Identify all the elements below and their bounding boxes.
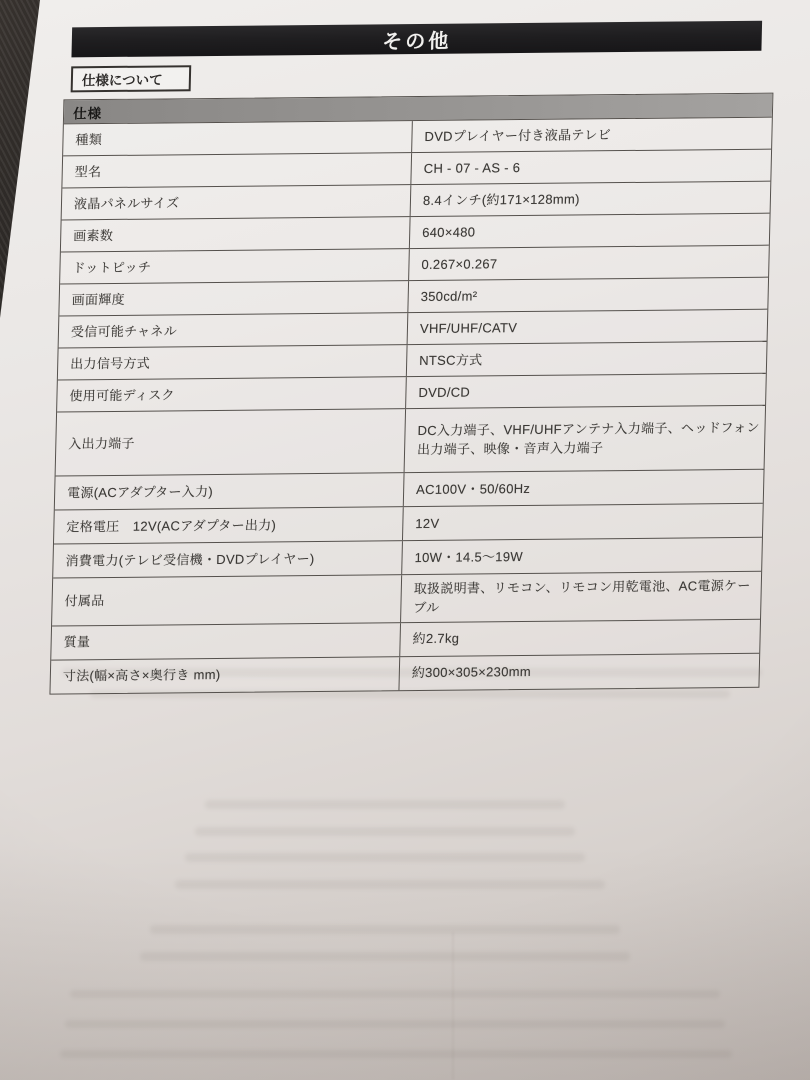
spec-label: 型名 <box>62 153 411 187</box>
spec-value: DC入力端子、VHF/UHFアンテナ入力端子、ヘッドフォン出力端子、映像・音声入… <box>404 406 765 472</box>
spec-label: 種類 <box>63 121 412 155</box>
spec-value: 8.4インチ(約171×128mm) <box>410 182 771 216</box>
spec-table-header-label: 仕様 <box>73 102 102 122</box>
spec-value: 0.267×0.267 <box>408 246 769 280</box>
spec-row: 入出力端子 DC入力端子、VHF/UHFアンテナ入力端子、ヘッドフォン出力端子、… <box>56 406 765 477</box>
spec-value: 10W・14.5～19W <box>401 538 762 574</box>
subsection-label-box: 仕様について <box>71 65 192 92</box>
spec-value: CH - 07 - AS - 6 <box>410 150 771 184</box>
spec-label: 入出力端子 <box>56 409 405 475</box>
spec-label: ドットピッチ <box>60 249 409 283</box>
spec-value: 約2.7kg <box>399 619 760 655</box>
printed-page: その他 仕様について 仕様 種類 DVDプレイヤー付き液晶テレビ 型名 CH -… <box>0 0 810 1080</box>
spec-row: 付属品 取扱説明書、リモコン、リモコン用乾電池、AC電源ケーブル <box>52 572 761 626</box>
spec-value: 12V <box>402 504 763 540</box>
spec-value: 取扱説明書、リモコン、リモコン用乾電池、AC電源ケーブル <box>400 572 761 622</box>
photo-of-spec-sheet: { "document": { "section_banner": "その他",… <box>0 0 810 1080</box>
spec-label: 消費電力(テレビ受信機・DVDプレイヤー) <box>53 541 402 577</box>
spec-label: 受信可能チャネル <box>59 313 408 347</box>
spec-value: DVDプレイヤー付き液晶テレビ <box>411 118 772 152</box>
spec-value: 約300×305×230mm <box>398 653 759 689</box>
spec-value: NTSC方式 <box>406 342 767 376</box>
spec-label: 画素数 <box>61 217 410 251</box>
spec-value: 640×480 <box>409 214 770 248</box>
spec-label: 電源(ACアダプター入力) <box>55 473 404 509</box>
spec-label: 寸法(幅×高さ×奥行き mm) <box>50 657 399 693</box>
spec-label: 質量 <box>51 623 400 659</box>
spec-row: 寸法(幅×高さ×奥行き mm) 約300×305×230mm <box>50 653 759 693</box>
spec-value: VHF/UHF/CATV <box>407 310 768 344</box>
subsection-label: 仕様について <box>82 68 163 89</box>
spec-table: 仕様 種類 DVDプレイヤー付き液晶テレビ 型名 CH - 07 - AS - … <box>49 93 773 695</box>
spec-value: AC100V・50/60Hz <box>403 470 764 506</box>
spec-label: 付属品 <box>52 575 401 625</box>
section-banner-title: その他 <box>382 24 452 54</box>
spec-value: DVD/CD <box>405 374 766 408</box>
spec-label: 画面輝度 <box>59 281 408 315</box>
spec-value: 350cd/m² <box>407 278 768 312</box>
spec-label: 定格電圧 12V(ACアダプター出力) <box>54 507 403 543</box>
spec-label: 使用可能ディスク <box>57 377 406 411</box>
spec-table-rows: 種類 DVDプレイヤー付き液晶テレビ 型名 CH - 07 - AS - 6 液… <box>50 118 771 694</box>
spec-label: 出力信号方式 <box>58 345 407 379</box>
section-banner: その他 <box>71 21 762 58</box>
spec-label: 液晶パネルサイズ <box>62 185 411 219</box>
